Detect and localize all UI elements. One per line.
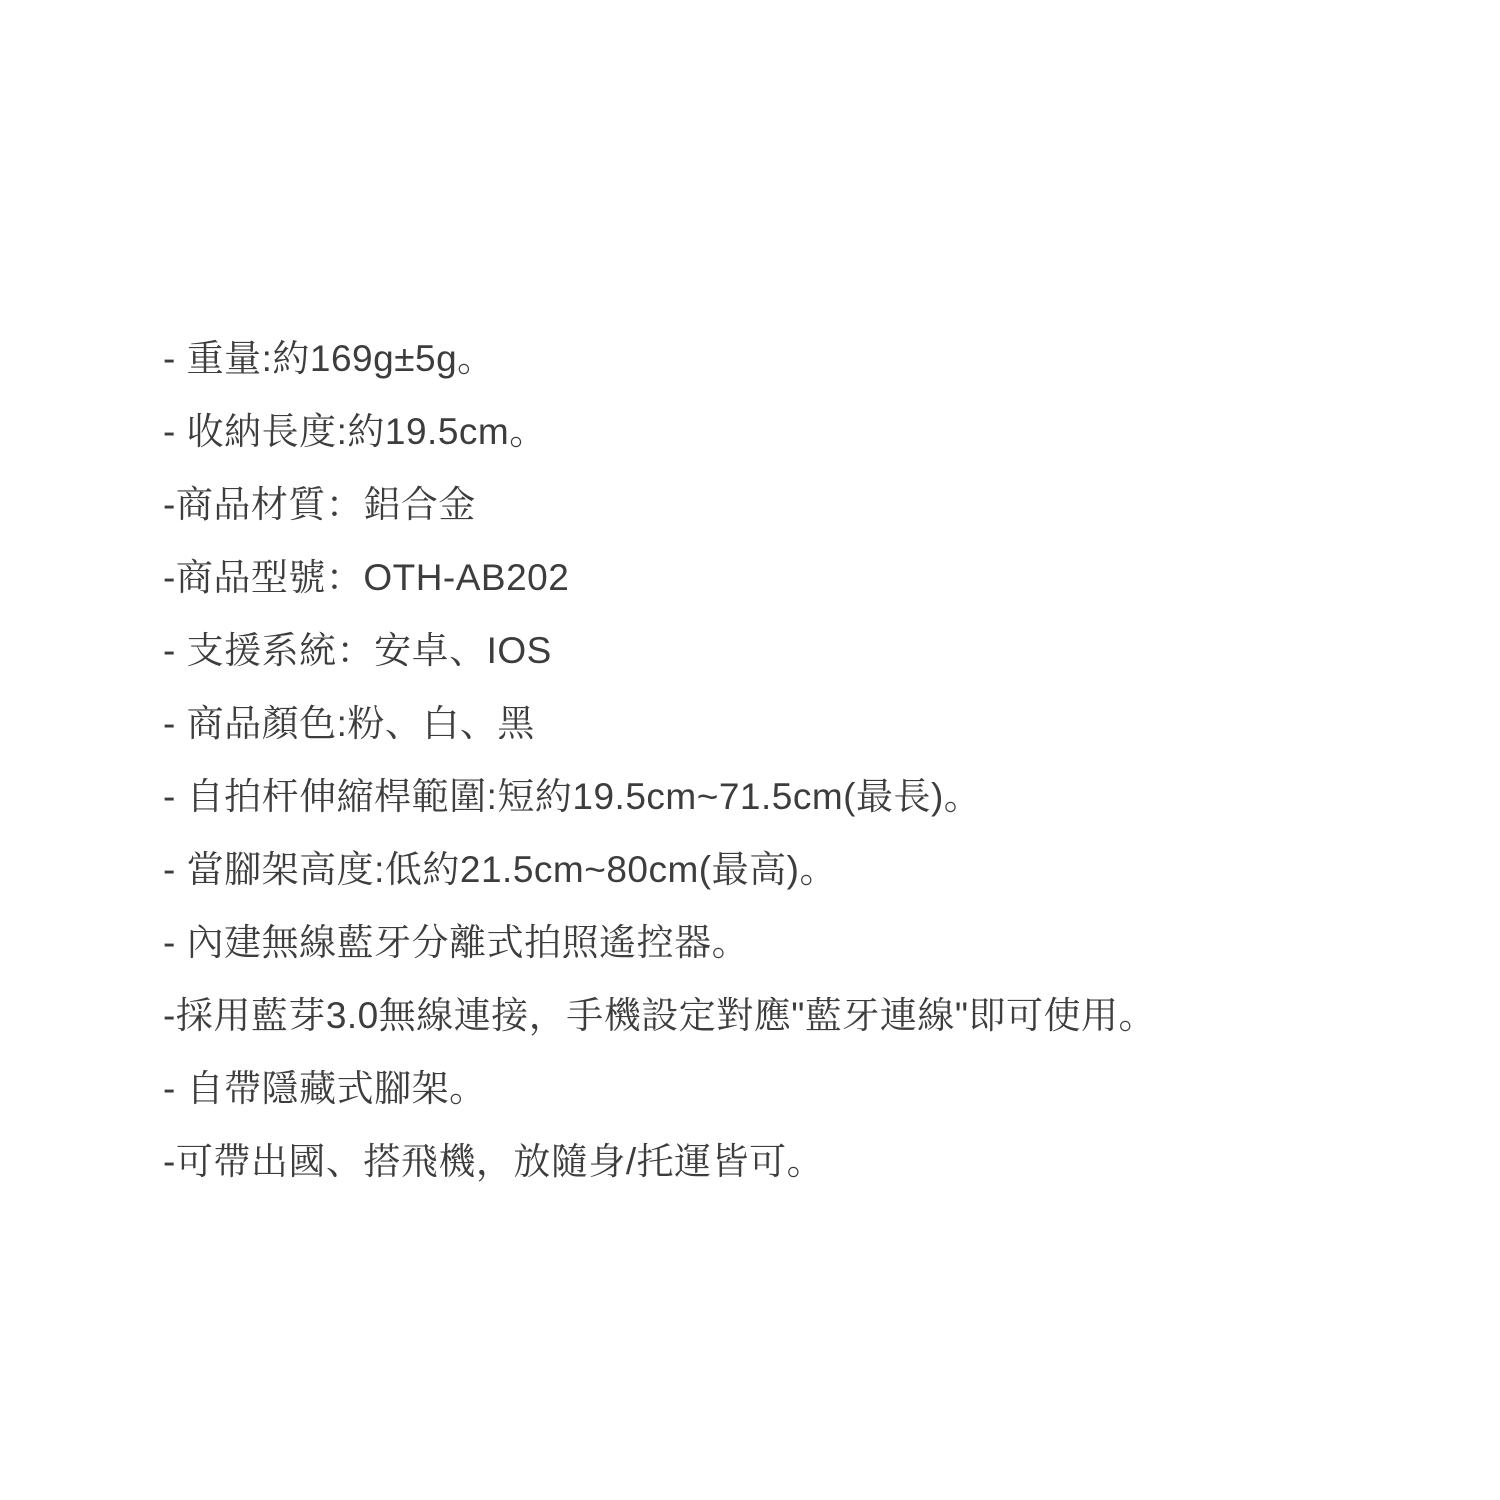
spec-line-tripod-height: - 當腳架高度:低約21.5cm~80cm(最高)。 <box>163 833 1443 906</box>
product-spec-list: - 重量:約169g±5g。 - 收納長度:約19.5cm。 -商品材質：鋁合金… <box>163 322 1443 1198</box>
spec-line-colors: - 商品顏色:粉、白、黑 <box>163 687 1443 760</box>
spec-line-remote: - 內建無線藍牙分離式拍照遙控器。 <box>163 906 1443 979</box>
spec-line-hidden-tripod: - 自帶隱藏式腳架。 <box>163 1052 1443 1125</box>
spec-line-model-number: -商品型號：OTH-AB202 <box>163 541 1443 614</box>
spec-line-travel: -可帶出國、搭飛機，放隨身/托運皆可。 <box>163 1125 1443 1198</box>
spec-line-bluetooth: -採用藍芽3.0無線連接，手機設定對應"藍牙連線"即可使用。 <box>163 979 1443 1052</box>
spec-line-stick-range: - 自拍杆伸縮桿範圍:短約19.5cm~71.5cm(最長)。 <box>163 760 1443 833</box>
spec-line-material: -商品材質：鋁合金 <box>163 468 1443 541</box>
spec-line-weight: - 重量:約169g±5g。 <box>163 322 1443 395</box>
spec-line-supported-os: - 支援系統：安卓、IOS <box>163 614 1443 687</box>
spec-line-folded-length: - 收納長度:約19.5cm。 <box>163 395 1443 468</box>
